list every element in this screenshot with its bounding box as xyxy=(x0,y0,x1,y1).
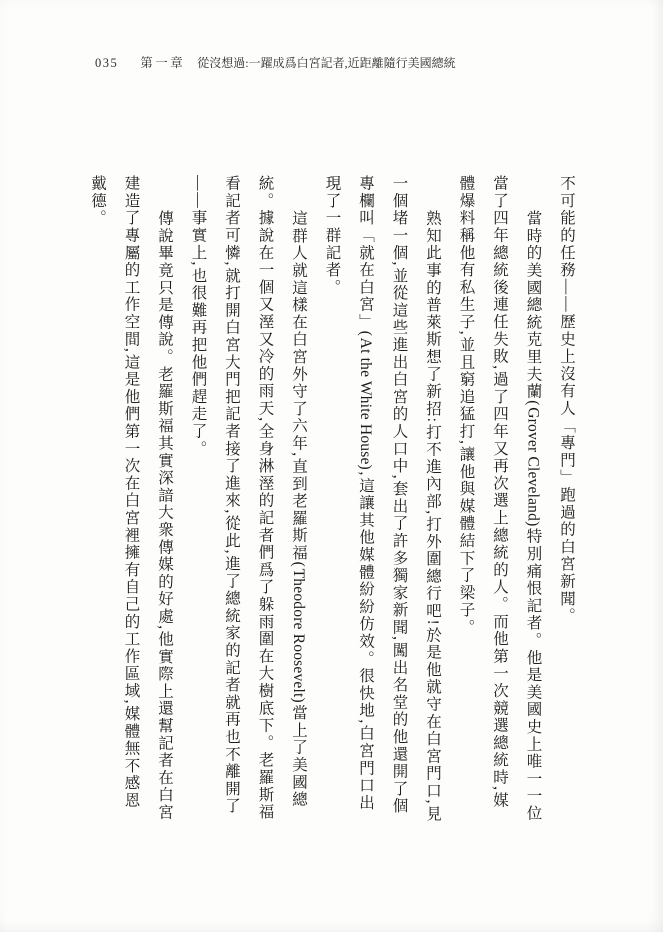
page-number: 035 xyxy=(95,56,118,70)
paragraph: 傳說畢竟只是傳說。老羅斯福其實深諳大衆傳媒的好處,他實際上還幫記者在白宮建造了專… xyxy=(81,175,182,823)
cjk-text-segment: 不可能的任務——歷史上沒有人「專門」跑過的白宮新聞。 xyxy=(558,175,575,625)
paragraph: 不可能的任務——歷史上沒有人「專門」跑過的白宮新聞。 xyxy=(550,175,584,823)
paragraph: 這群人就這樣在白宮外守了六年,直到老羅斯福(Theodore Roosevelt… xyxy=(181,175,315,823)
chapter-label: 第一章 xyxy=(140,56,185,70)
body-text: 不可能的任務——歷史上沒有人「專門」跑過的白宮新聞。當時的美國總統克里夫蘭(Gr… xyxy=(80,175,583,823)
cjk-text-segment: 這群人就這樣在白宮外守了六年,直到老羅斯福( xyxy=(290,210,307,569)
paragraph: 當時的美國總統克里夫蘭(Grover Cleveland)特別痛恨記者。他是美國… xyxy=(449,175,550,823)
cjk-text-segment: 傳說畢竟只是傳說。老羅斯福其實深諳大衆傳媒的好處,他實際上還幫記者在白宮建造了專… xyxy=(89,175,173,821)
paragraph: 熟知此事的普萊斯想了新招:打不進內部,打外圍總行吧!於是他就守在白宮門口,見一個… xyxy=(315,175,449,823)
chapter-title: 從沒想過:一躍成爲白宮記者,近距離隨行美國總統 xyxy=(197,56,455,70)
latin-text-segment: At the White House xyxy=(357,338,374,465)
latin-text-segment: Grover Cleveland xyxy=(525,407,542,521)
running-header: 035第一章從沒想過:一躍成爲白宮記者,近距離隨行美國總統 xyxy=(95,53,623,71)
book-page: 035第一章從沒想過:一躍成爲白宮記者,近距離隨行美國總統 不可能的任務——歷史… xyxy=(0,0,663,932)
latin-text-segment: Theodore Roosevelt xyxy=(290,568,307,697)
cjk-text-segment: 當時的美國總統克里夫蘭( xyxy=(525,210,542,407)
